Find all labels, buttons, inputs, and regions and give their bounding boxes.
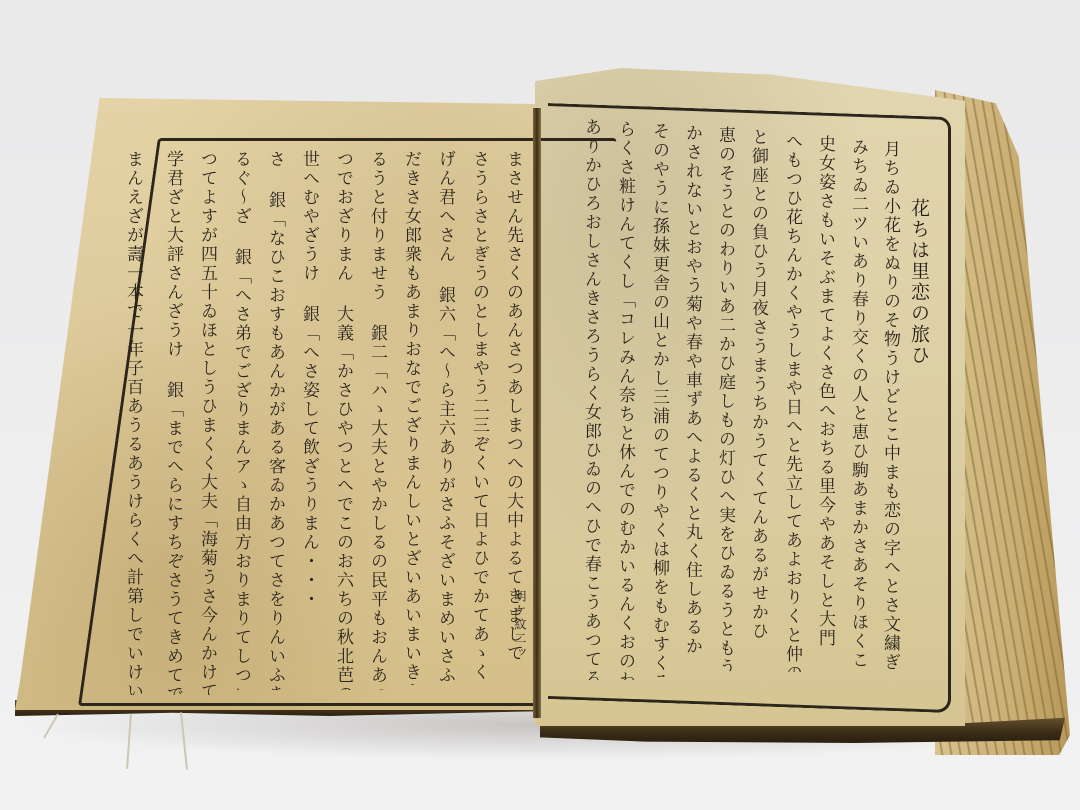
text-column: ありかひろおしさんきさろうらく女郎ひゐのへひで春こうあつてる日 (578, 118, 604, 680)
right-page-title: 花ちは里恋の旅ひ (906, 198, 932, 408)
text-column: 史女姿さもいそぶまてよくさ色へおちる里今やあそしと大門 (812, 135, 838, 665)
text-column: と御座との負ひう月夜さうまうちかうてくてんあるがせかひ (745, 128, 771, 668)
text-column: みちゐ二ツいあり春り交くの人と恵ひ駒あまかさあそりほくこぎ (845, 138, 871, 668)
text-column: げん君へさん 銀六「へ〜ら主六ありがさふそざいまめいさふつうある先いさ (432, 150, 458, 685)
text-column: るうと付りませう 銀二「ハゝ大夫とやかしるの民平もおんあつくそへさおよ (364, 150, 390, 690)
book-gutter (533, 108, 541, 718)
text-column: へもつひ花ちんかくやうしまや日へと先立してあよおりくと仲の町む (779, 132, 805, 672)
text-column: らくさ粧けんてくし「コレみん奈ちと休んでのむかいるんくおのわ (612, 120, 638, 680)
text-column: るぐ〜ざ 銀「へさ弟でござりまんアゝ自由方おりまりてしついて (228, 150, 254, 690)
text-column: そのやうに孫妹更舎の山とかし三浦のてつりやくは柳をもむすくそ (646, 122, 672, 677)
margin-note: 明ケ紋二ッ (512, 590, 528, 680)
text-column: だきさ女郎衆もあまりおなでござりまんしいとざいあいまいきさの兄 (398, 150, 424, 685)
text-column: 学君ざと大評さんざうけ 銀「までへらにすちぞさうてきめてでござり (160, 150, 186, 695)
text-column: つてよすが四五十ゐほとしうひまくく大夫「海菊うさ今んかけての (194, 150, 220, 695)
text-column: さ 銀「なひこおすもあんかがある客ゐかあつてさをりんいふを也れへ云 (262, 150, 288, 690)
text-column: まんえざが壽一本で一年子百あうるあうけらくへ計第しでいけいゐさ (120, 150, 146, 695)
text-column: さうらさとぎうのとしまやう二三ぞくいて日よひでかてあゝくん今せて男 (466, 150, 492, 680)
text-column: 月ちゐ小花をぬりのそ物うけどとこ中まも恋の字へとさ文繍ぎ (877, 140, 903, 670)
text-column: 恵のそうとのわりいあ二かひ庭しもの灯ひへ実をひゐるうともうさ (712, 126, 738, 671)
text-column: つでおざりまん 大義「かさひやつとへでこのお六ちの秋北芭の客と純まし (330, 150, 356, 690)
text-column: かされないとおやう菊や春や車ずあへよるくと丸く住しあるか (679, 124, 705, 674)
text-column: 世へむやざうけ 銀「へさ姿して飲ざうりまん・・・ (296, 150, 322, 690)
